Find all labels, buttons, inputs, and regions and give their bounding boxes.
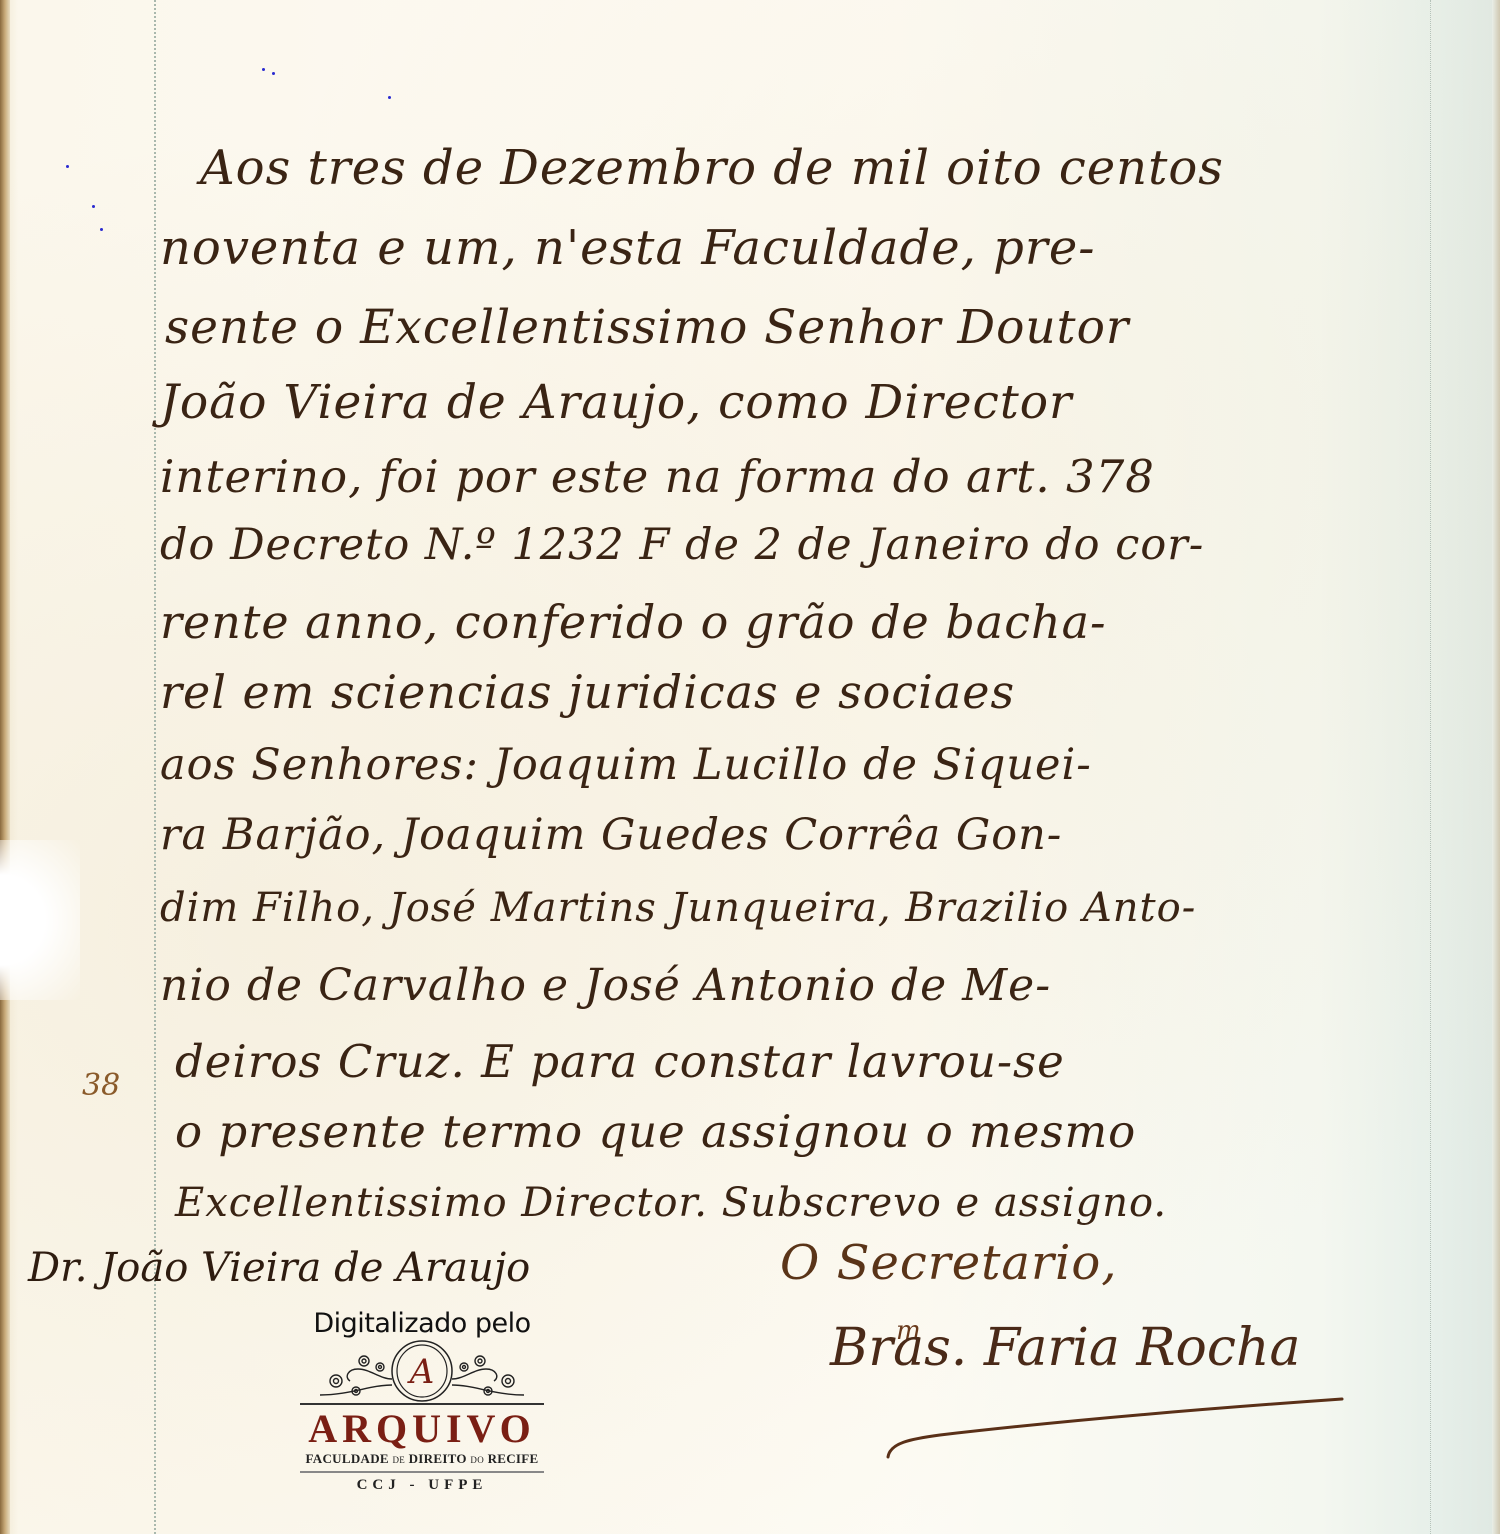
manuscript-line-9: aos Senhores: Joaquim Lucillo de Siquei- [160, 740, 1092, 790]
manuscript-line-16: O Secretario, [780, 1235, 1118, 1291]
left-margin-rule [154, 0, 156, 1534]
subtitle-do: DO [470, 1455, 484, 1465]
ink-speck [262, 68, 265, 71]
page-right-edge [1492, 0, 1500, 1534]
manuscript-line-6: do Decreto N.º 1232 F de 2 de Janeiro do… [160, 520, 1204, 570]
archive-emblem-icon: A [300, 1339, 544, 1403]
subtitle-faculdade: FACULDADE [306, 1451, 389, 1466]
manuscript-line-10: ra Barjão, Joaquim Guedes Corrêa Gon- [160, 810, 1062, 860]
manuscript-line-15: Excellentissimo Director. Subscrevo e as… [175, 1180, 1167, 1226]
manuscript-line-13: deiros Cruz. E para constar lavrou-se [175, 1035, 1065, 1088]
secretary-signature: Bras. Faria Rocha [830, 1318, 1300, 1378]
archive-watermark: Digitalizado pelo A ARQUIVO [296, 1306, 548, 1530]
emblem-letter: A [407, 1352, 435, 1392]
manuscript-line-3: sente o Excellentissimo Senhor Doutor [165, 300, 1129, 355]
manuscript-line-5: interino, foi por este na forma do art. … [160, 450, 1155, 503]
right-margin-rule [1430, 0, 1431, 1534]
book-binding-edge [0, 0, 10, 1534]
signature-flourish [880, 1395, 1350, 1465]
manuscript-line-14: o presente termo que assignou o mesmo [175, 1105, 1136, 1158]
watermark-caption: Digitalizado pelo [296, 1308, 548, 1339]
ink-speck [272, 72, 275, 75]
ink-speck [100, 228, 103, 231]
director-signature: Dr. João Vieira de Araujo [28, 1245, 530, 1291]
page-number-note: 38 [82, 1068, 120, 1103]
subtitle-direito: DIREITO [409, 1451, 467, 1466]
watermark-institution: CCJ - UFPE [296, 1477, 548, 1494]
ink-speck [92, 205, 95, 208]
manuscript-line-11: dim Filho, José Martins Junqueira, Brazi… [160, 885, 1196, 931]
ink-speck [66, 165, 69, 168]
manuscript-line-4: João Vieira de Araujo, como Director [160, 375, 1073, 430]
ink-speck [388, 96, 391, 99]
manuscript-line-2: noventa e um, n'esta Faculdade, pre- [160, 220, 1095, 276]
watermark-rule-2 [300, 1471, 544, 1473]
watermark-subtitle: FACULDADE DE DIREITO DO RECIFE [296, 1451, 548, 1467]
scan-blot [0, 840, 80, 1000]
manuscript-line-7: rente anno, conferido o grão de bacha- [160, 595, 1107, 649]
manuscript-page: Aos tres de Dezembro de mil oito centos … [0, 0, 1500, 1534]
manuscript-line-8: rel em sciencias juridicas e sociaes [160, 665, 1015, 719]
watermark-rule [300, 1403, 544, 1405]
subtitle-de: DE [392, 1455, 405, 1465]
manuscript-line-1: Aos tres de Dezembro de mil oito centos [200, 140, 1224, 196]
manuscript-line-12: nio de Carvalho e José Antonio de Me- [160, 960, 1051, 1011]
watermark-title: ARQUIVO [296, 1407, 548, 1451]
subtitle-recife: RECIFE [488, 1451, 539, 1466]
